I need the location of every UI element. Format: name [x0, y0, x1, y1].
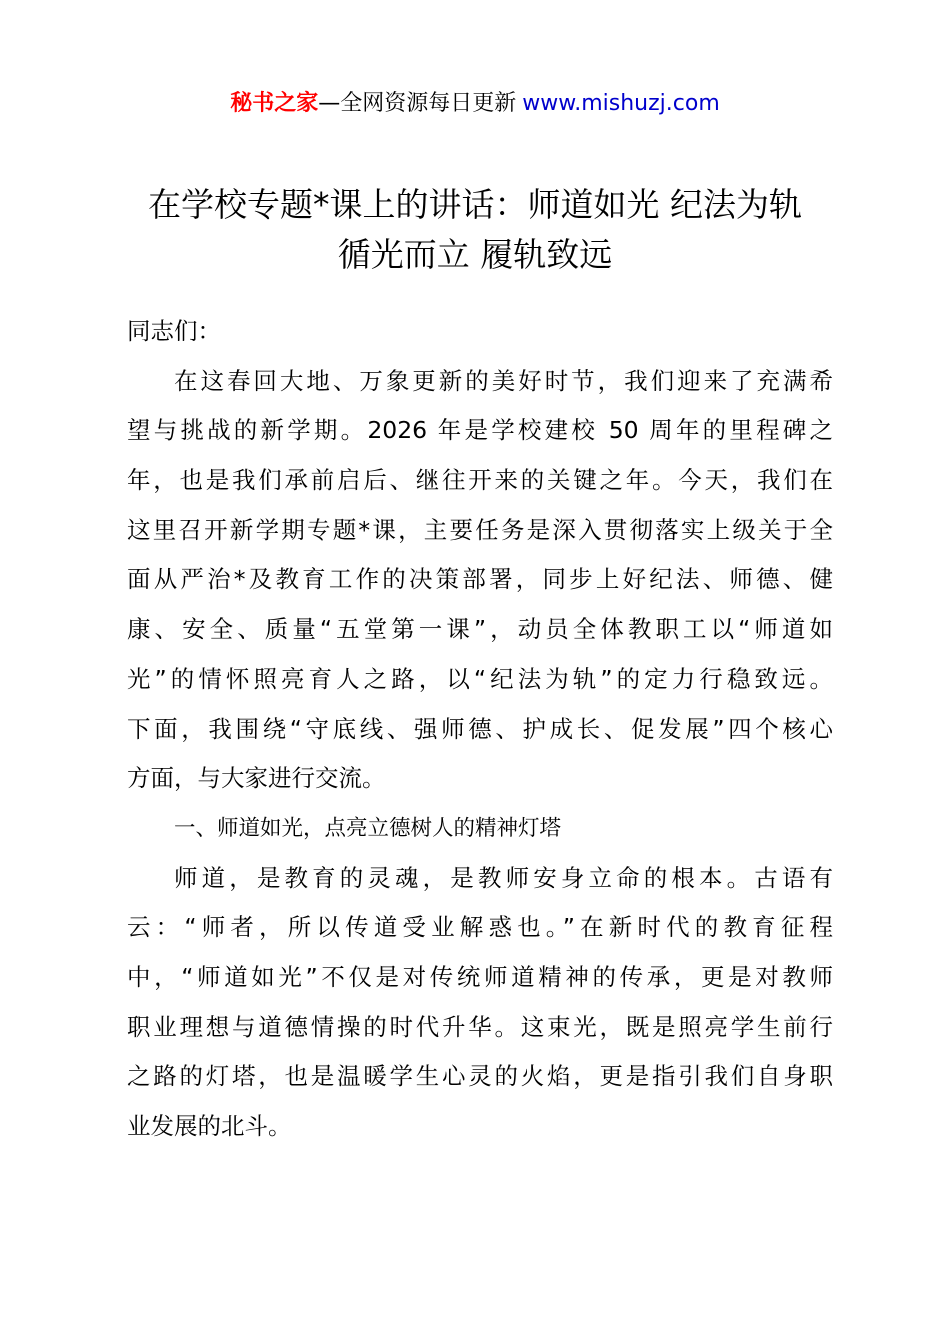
- paragraph-line: 职业理想与道德情操的时代升华。这束光，既是照亮学生前行: [127, 1003, 833, 1053]
- title-line-1: 在学校专题*课上的讲话：师道如光 纪法为轨: [100, 180, 850, 230]
- paragraph-intro: 在这春回大地、万象更新的美好时节，我们迎来了充满希 望与挑战的新学期。2026 …: [127, 357, 833, 804]
- paragraph-line: 面从严治*及教育工作的决策部署，同步上好纪法、师德、健: [127, 555, 833, 605]
- document-title: 在学校专题*课上的讲话：师道如光 纪法为轨 循光而立 履轨致远: [100, 180, 850, 280]
- salutation: 同志们：: [127, 307, 833, 357]
- paragraph-line: 中，“师道如光”不仅是对传统师道精神的传承，更是对教师: [127, 953, 833, 1003]
- paragraph-line: 在这春回大地、万象更新的美好时节，我们迎来了充满希: [127, 357, 833, 407]
- paragraph-line: 师道，是教育的灵魂，是教师安身立命的根本。古语有: [127, 854, 833, 904]
- site-header: 秘书之家—全网资源每日更新www.mishuzj.com: [0, 88, 950, 120]
- title-line-2: 循光而立 履轨致远: [100, 230, 850, 280]
- header-tagline: —全网资源每日更新: [318, 91, 516, 116]
- paragraph-line: 之路的灯塔，也是温暖学生心灵的火焰，更是指引我们自身职: [127, 1052, 833, 1102]
- section-heading-1: 一、师道如光，点亮立德树人的精神灯塔: [127, 804, 833, 854]
- paragraph-line: 云：“师者，所以传道受业解惑也。”在新时代的教育征程: [127, 903, 833, 953]
- paragraph-line: 业发展的北斗。: [127, 1102, 833, 1152]
- paragraph-line: 这里召开新学期专题*课，主要任务是深入贯彻落实上级关于全: [127, 506, 833, 556]
- paragraph-line: 下面，我围绕“守底线、强师德、护成长、促发展”四个核心: [127, 705, 833, 755]
- paragraph-line: 康、安全、质量“五堂第一课”，动员全体教职工以“师道如: [127, 605, 833, 655]
- brand-name: 秘书之家: [230, 91, 318, 116]
- site-url-link[interactable]: www.mishuzj.com: [522, 91, 719, 116]
- paragraph-line: 望与挑战的新学期。2026 年是学校建校 50 周年的里程碑之: [127, 406, 833, 456]
- document-body: 同志们： 在这春回大地、万象更新的美好时节，我们迎来了充满希 望与挑战的新学期。…: [127, 307, 833, 1152]
- paragraph-line: 方面，与大家进行交流。: [127, 754, 833, 804]
- paragraph-section-1: 师道，是教育的灵魂，是教师安身立命的根本。古语有 云：“师者，所以传道受业解惑也…: [127, 854, 833, 1152]
- paragraph-line: 年，也是我们承前启后、继往开来的关键之年。今天，我们在: [127, 456, 833, 506]
- paragraph-line: 光”的情怀照亮育人之路，以“纪法为轨”的定力行稳致远。: [127, 655, 833, 705]
